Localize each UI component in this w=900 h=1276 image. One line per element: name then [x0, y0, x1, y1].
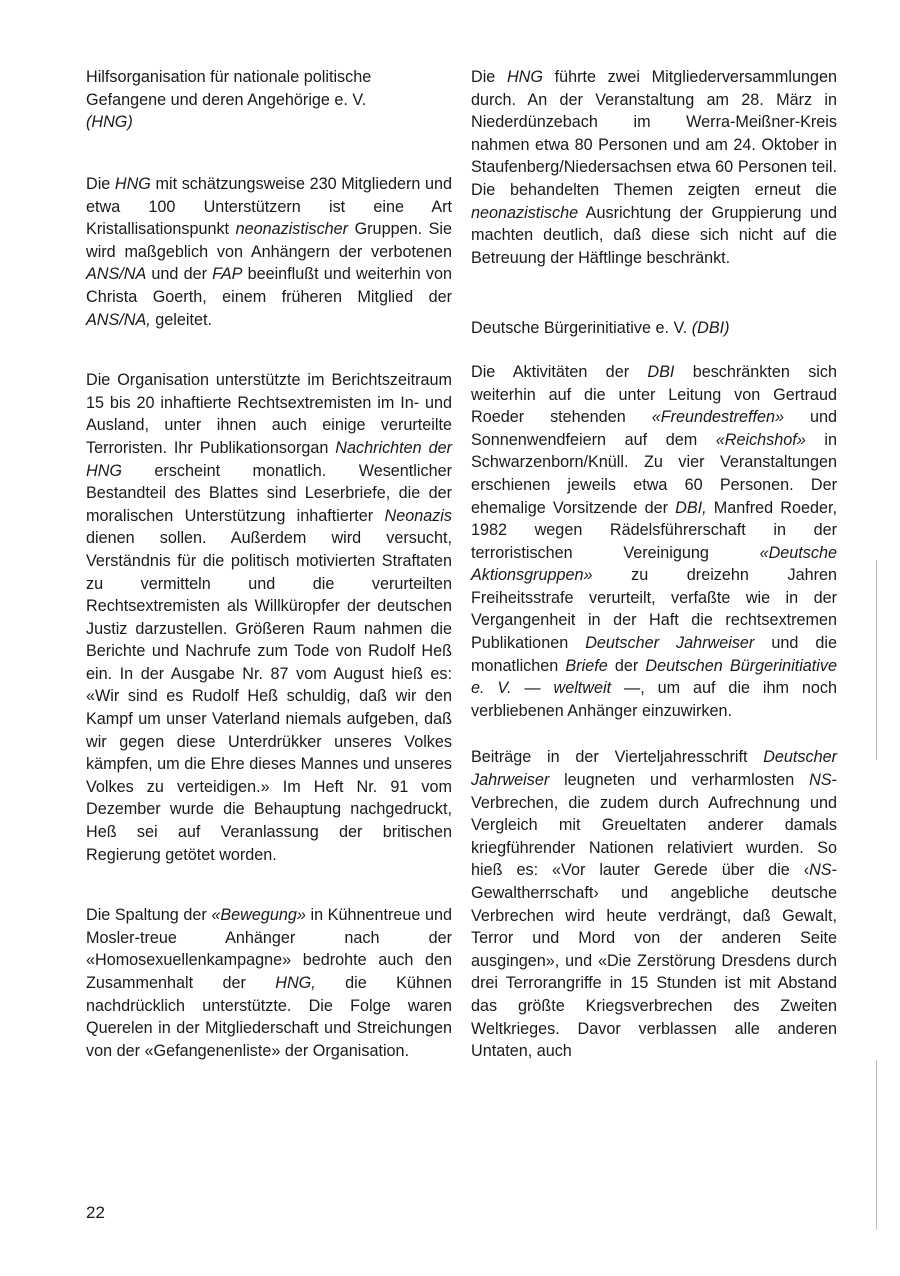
page-number: 22 — [86, 1203, 105, 1223]
text-italic: HNG — [115, 175, 151, 193]
text-italic: «Reichshof» — [716, 431, 806, 449]
heading-text: Deutsche Bürgerinitiative e. V. — [471, 319, 692, 337]
paragraph: Die Spaltung der «Bewegung» in Kühnentre… — [86, 904, 452, 1062]
text-italic: NS — [809, 861, 832, 879]
paragraph: Die Organisation unterstützte im Bericht… — [86, 369, 452, 866]
text: geleitet. — [151, 311, 212, 329]
text-italic: HNG — [507, 68, 543, 86]
text: -Gewaltherrschaft› und angebliche deutsc… — [471, 861, 837, 1060]
heading-abbreviation: (DBI) — [692, 319, 730, 337]
paragraph: Die HNG mit schätzungsweise 230 Mitglied… — [86, 173, 452, 331]
heading-abbreviation: (HNG) — [86, 113, 133, 131]
section-heading-dbi: Deutsche Bürgerinitiative e. V. (DBI) — [471, 317, 837, 340]
text-italic: Briefe — [565, 657, 607, 675]
scan-edge-artifact — [876, 560, 877, 760]
paragraph: Die Aktivitäten der DBI beschränkten sic… — [471, 361, 837, 723]
left-column: Hilfsorganisation für nationale politisc… — [86, 66, 452, 1062]
text: Die Aktivitäten der — [471, 363, 647, 381]
text: Die Spaltung der — [86, 906, 211, 924]
text: dienen sollen. Außerdem wird versucht, V… — [86, 529, 452, 863]
section-heading-hng: Hilfsorganisation für nationale politisc… — [86, 66, 452, 156]
text-italic: FAP — [212, 265, 242, 283]
text: leugneten und verharmlosten — [549, 771, 809, 789]
text-italic: DBI — [647, 363, 674, 381]
text: Die — [471, 68, 507, 86]
text-italic: ANS/NA — [86, 265, 146, 283]
scan-edge-artifact — [876, 1060, 877, 1230]
text-italic: Deutscher Jahrweiser — [585, 634, 754, 652]
paragraph: Die HNG führte zwei Mitgliederversammlun… — [471, 66, 837, 269]
text: führte zwei Mitgliederversammlungen durc… — [471, 68, 837, 199]
text: und der — [146, 265, 212, 283]
text-italic: HNG, — [275, 974, 315, 992]
text-italic: «Bewegung» — [211, 906, 306, 924]
text-italic: ANS/NA, — [86, 311, 151, 329]
text: der — [608, 657, 646, 675]
right-column: Die HNG führte zwei Mitgliederversammlun… — [471, 66, 837, 1063]
text: Beiträge in der Vierteljahresschrift — [471, 748, 763, 766]
text-italic: «Freundestreffen» — [652, 408, 784, 426]
text-italic: neonazistische — [471, 204, 578, 222]
text-italic: NS — [809, 771, 832, 789]
text-italic: DBI, — [675, 499, 706, 517]
heading-text: Hilfsorganisation für nationale politisc… — [86, 68, 371, 109]
text-italic: Neonazis — [385, 507, 453, 525]
text-italic: neonazistischer — [236, 220, 348, 238]
text: Die — [86, 175, 115, 193]
paragraph: Beiträge in der Vierteljahresschrift Deu… — [471, 746, 837, 1062]
